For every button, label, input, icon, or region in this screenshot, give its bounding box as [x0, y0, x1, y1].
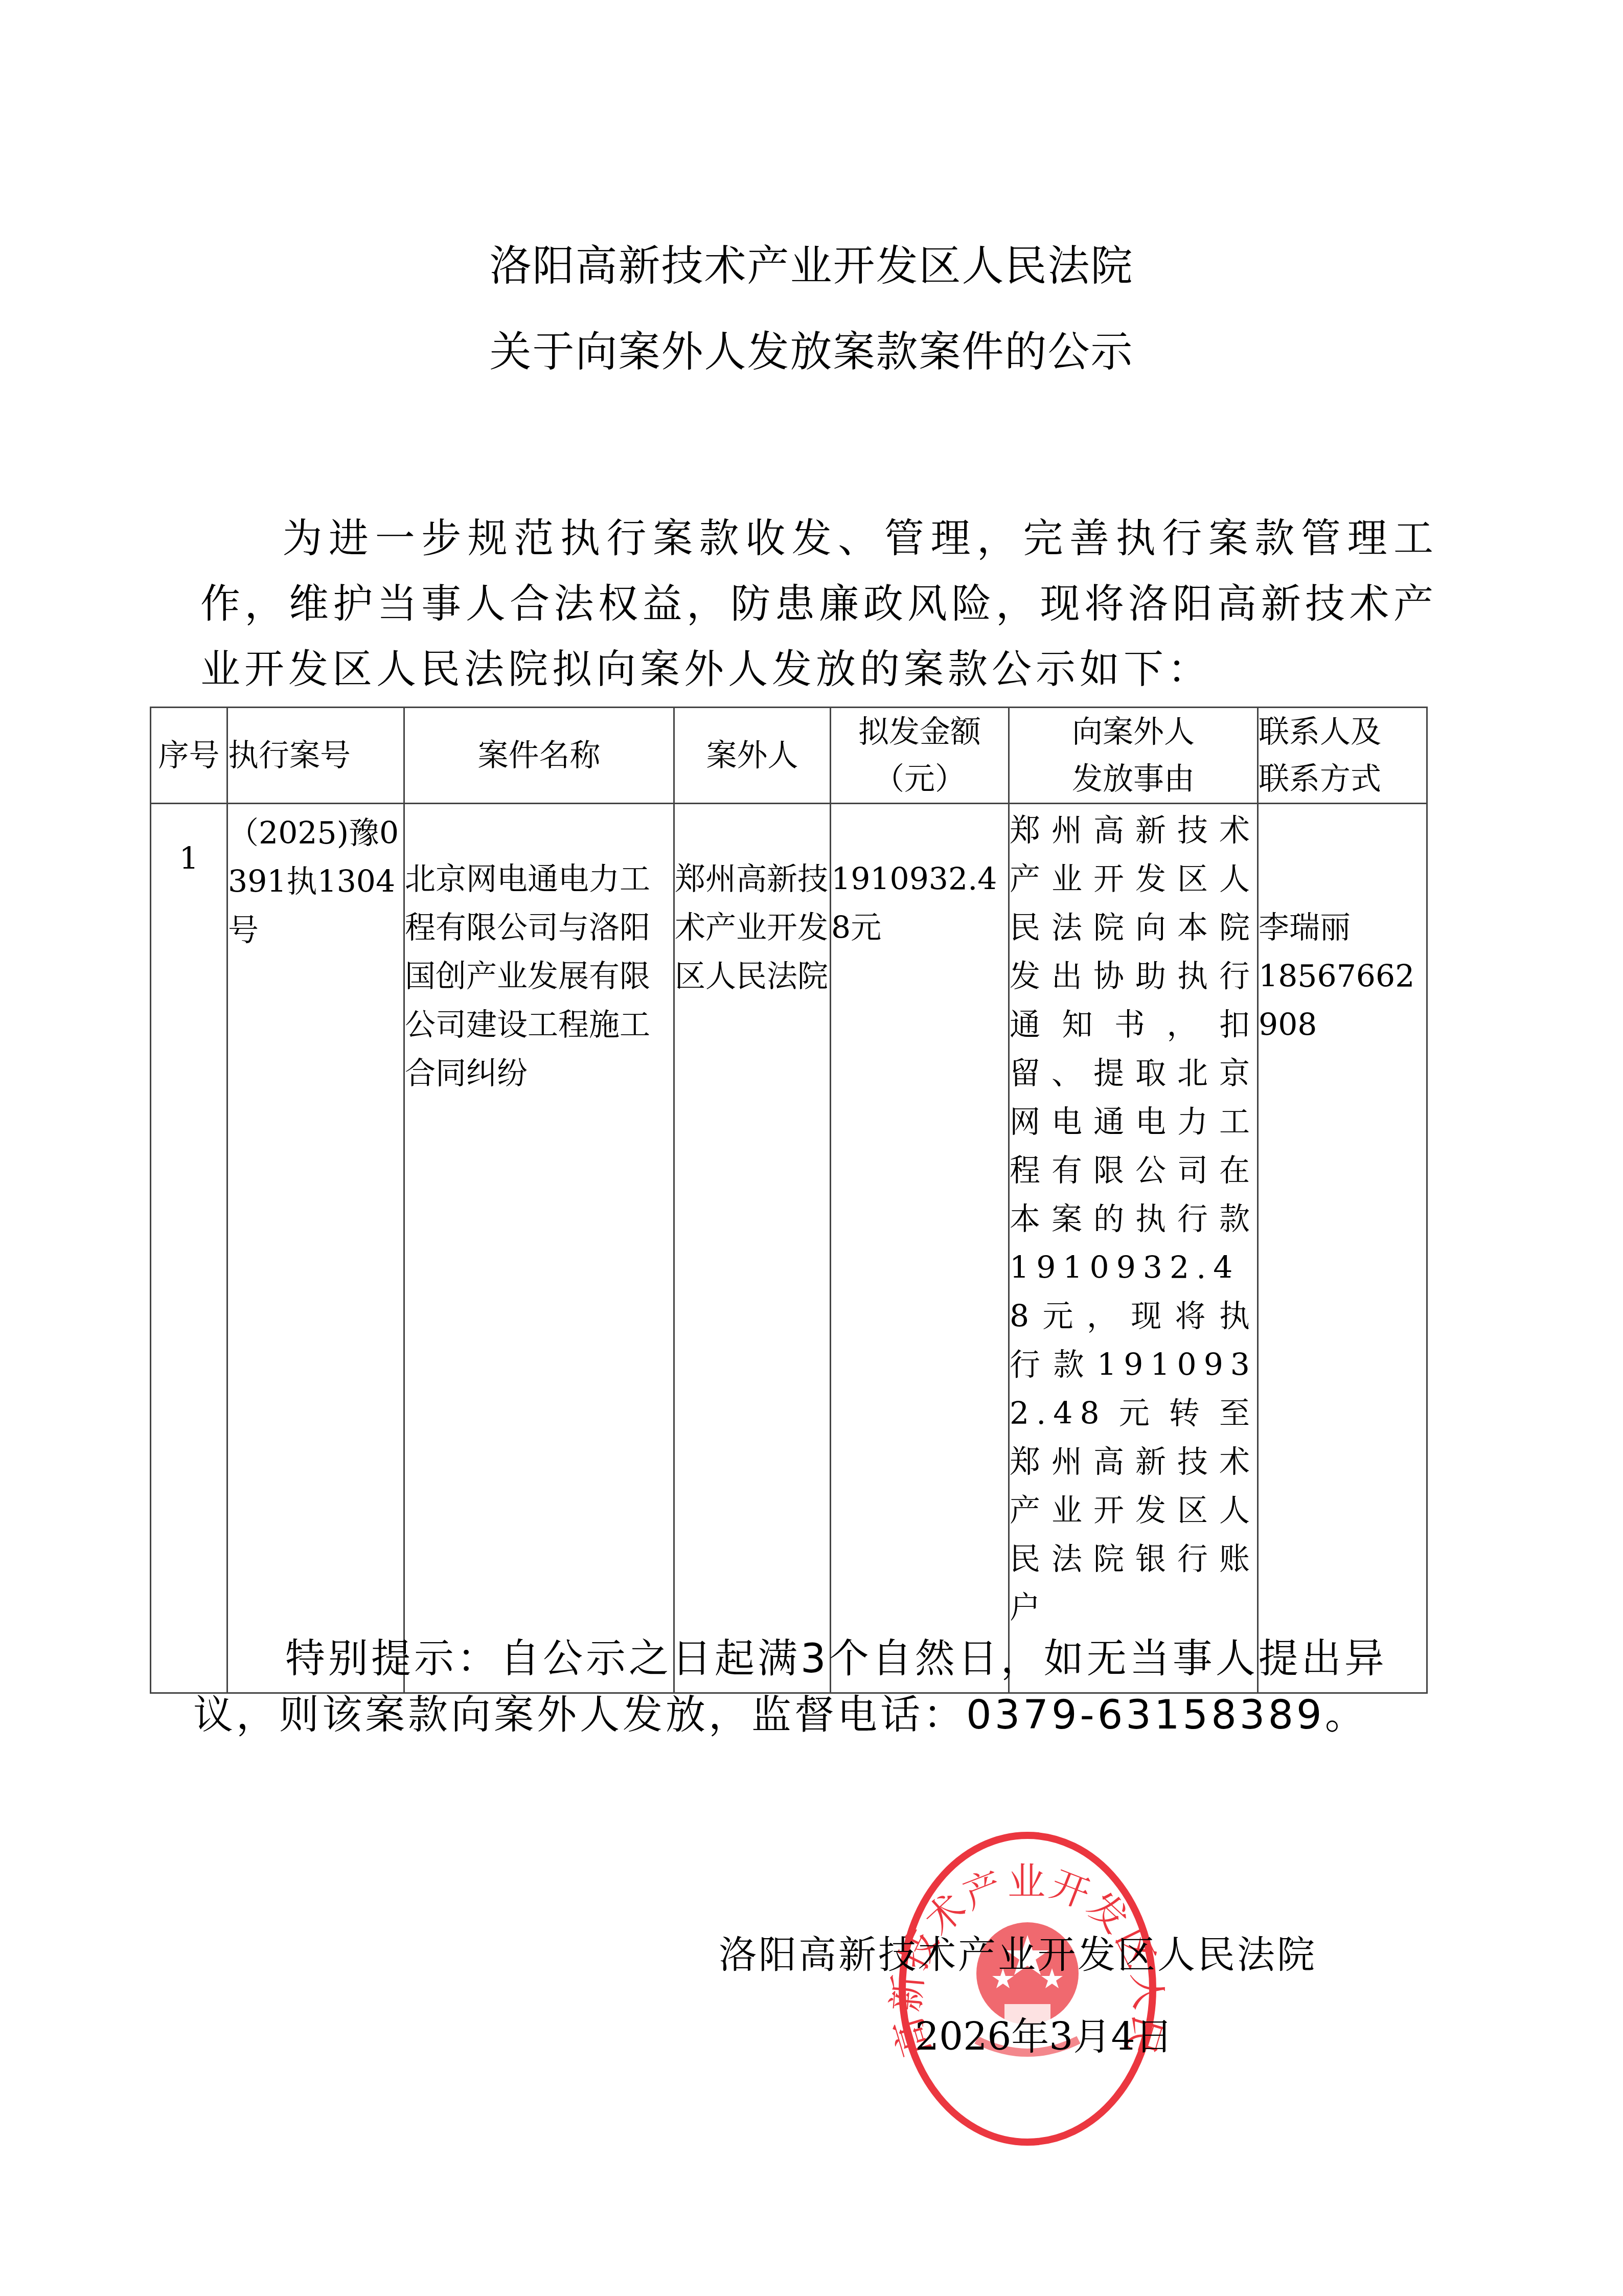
cell-contact: 李瑞丽 18567662908: [1258, 804, 1427, 1693]
header-reason-line1: 向案外人: [1010, 709, 1257, 756]
header-case-name: 案件名称: [404, 708, 674, 804]
cell-reason: 郑州高新技术产业开发区人民法院向本院发出协助执行通知书，扣留、提取北京网电通电力…: [1009, 804, 1258, 1693]
signature-date: 2026年3月4日: [915, 2007, 1173, 2061]
special-notice: 特别提示：自公示之日起满3个自然日，如无当事人提出异议，则该案款向案外人发放，监…: [193, 1631, 1441, 1743]
cell-case-name: 北京网电通电力工程有限公司与洛阳国创产业发展有限公司建设工程施工合同纠纷: [404, 804, 674, 1693]
cell-outsider: 郑州高新技术产业开发区人民法院: [674, 804, 831, 1693]
court-seal-icon: 洛阳高新技术产业开发区人民法院: [859, 1820, 1196, 2157]
cases-table: 序号 执行案号 案件名称 案外人 拟发金额 （元） 向案外人 发放事由 联系人及…: [150, 707, 1428, 1694]
header-case-no: 执行案号: [227, 708, 404, 804]
header-amount-line2: （元）: [831, 756, 1008, 803]
header-contact: 联系人及 联系方式: [1258, 708, 1427, 804]
document-title-line2: 关于向案外人发放案款案件的公示: [0, 331, 1623, 373]
signature-org: 洛阳高新技术产业开发区人民法院: [719, 1925, 1317, 1979]
document-title-line1: 洛阳高新技术产业开发区人民法院: [0, 245, 1623, 287]
table-header-row: 序号 执行案号 案件名称 案外人 拟发金额 （元） 向案外人 发放事由 联系人及…: [151, 708, 1427, 804]
header-seq: 序号: [151, 708, 227, 804]
intro-text: 为进一步规范执行案款收发、管理，完善执行案款管理工作，维护当事人合法权益，防患廉…: [200, 516, 1437, 693]
header-contact-line2: 联系方式: [1259, 756, 1426, 803]
table-row: 1 （2025)豫0391执1304号 北京网电通电力工程有限公司与洛阳国创产业…: [151, 804, 1427, 1693]
contact-phone: 18567662908: [1259, 952, 1426, 1050]
header-amount: 拟发金额 （元）: [831, 708, 1009, 804]
header-contact-line1: 联系人及: [1259, 709, 1426, 756]
notice-text: 特别提示：自公示之日起满3个自然日，如无当事人提出异议，则该案款向案外人发放，监…: [193, 1636, 1387, 1738]
header-reason-line2: 发放事由: [1010, 756, 1257, 803]
contact-name: 李瑞丽: [1259, 904, 1426, 952]
cell-amount: 1910932.48元: [831, 804, 1009, 1693]
header-reason: 向案外人 发放事由: [1009, 708, 1258, 804]
header-amount-line1: 拟发金额: [831, 709, 1008, 756]
cell-case-no: （2025)豫0391执1304号: [227, 804, 404, 1693]
header-outsider: 案外人: [674, 708, 831, 804]
cell-seq: 1: [151, 804, 227, 1693]
intro-paragraph: 为进一步规范执行案款收发、管理，完善执行案款管理工作，维护当事人合法权益，防患廉…: [200, 506, 1437, 702]
